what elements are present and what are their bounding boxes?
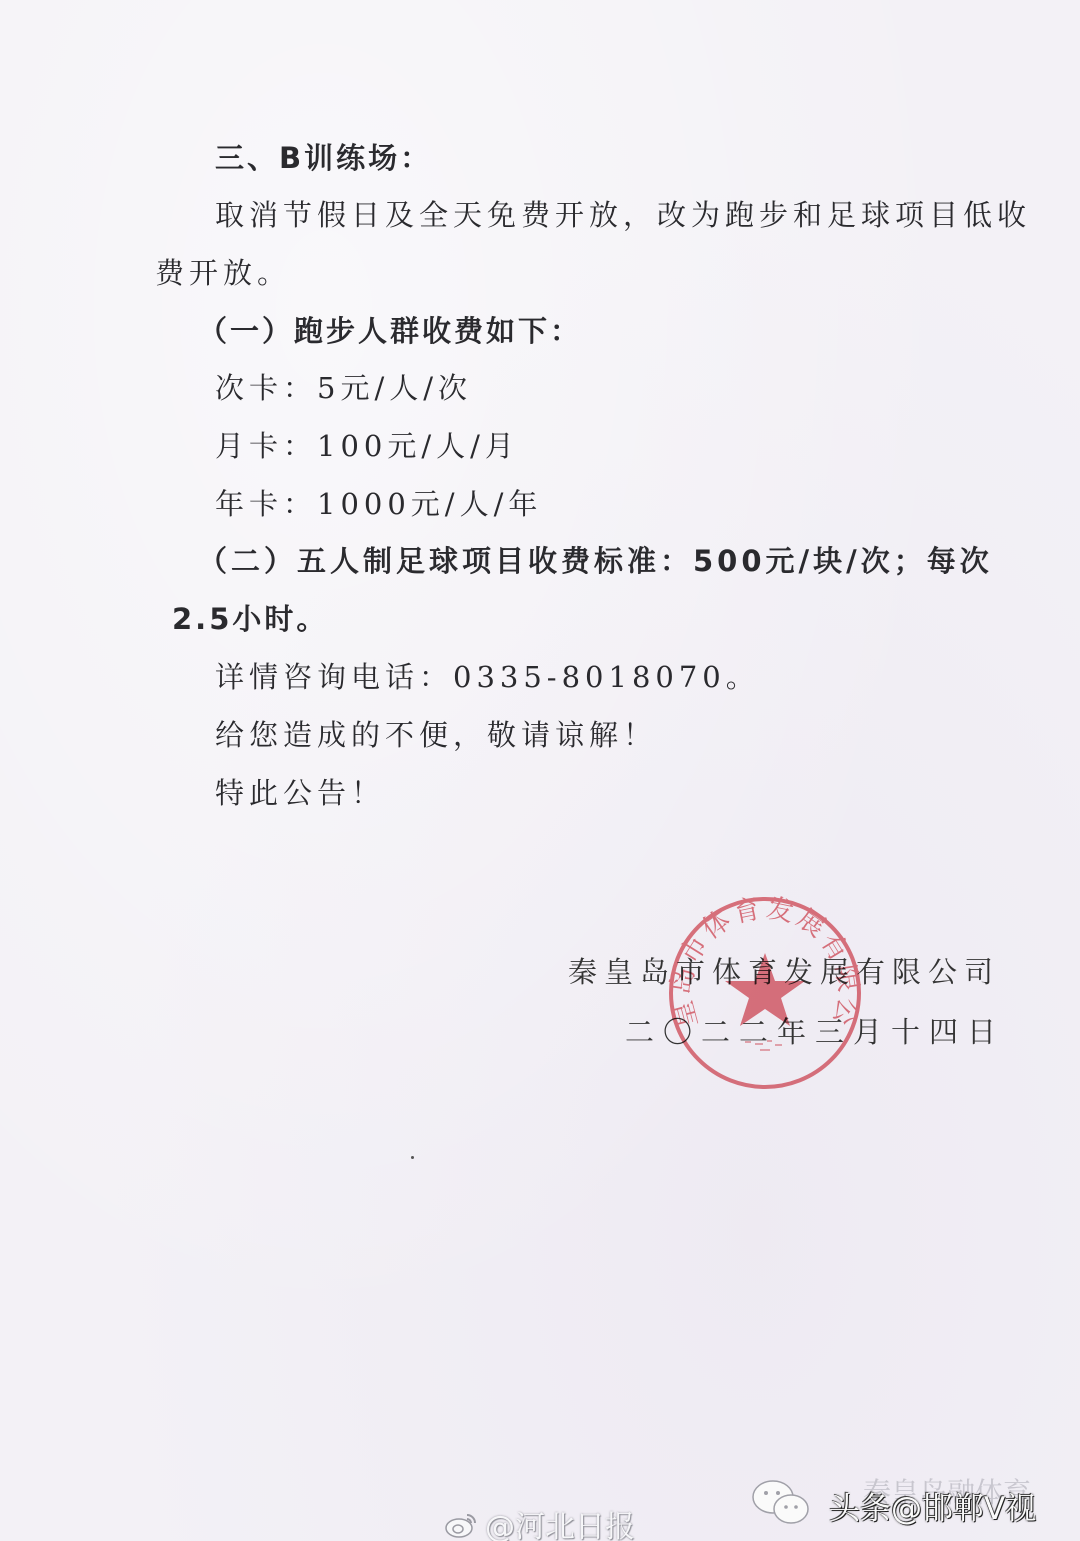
weibo-icon [443, 1509, 479, 1539]
document-page: 三、B训练场： 取消节假日及全天免费开放，改为跑步和足球项目低收 费开放。 （一… [0, 0, 1080, 1541]
football-fees-line-1: （二）五人制足球项目收费标准：500元/块/次；每次 [198, 543, 993, 579]
company-seal-icon: 秦皇岛市体育发展有限公司 [665, 893, 865, 1093]
football-fees-line-2: 2.5小时。 [172, 601, 328, 637]
toutiao-watermark: 秦皇岛融体育 头条@邯郸V视 [745, 1475, 1036, 1535]
fee-item-monthly: 月卡：100元/人/月 [215, 428, 519, 464]
apology-line: 给您造成的不便，敬请谅解！ [215, 717, 657, 753]
weibo-watermark-text: @河北日报 [485, 1502, 635, 1541]
running-fees-heading: （一）跑步人群收费如下： [198, 313, 582, 349]
wechat-icon [745, 1475, 825, 1535]
contact-phone: 详情咨询电话：0335-8018070。 [215, 659, 760, 695]
fee-item-annual: 年卡：1000元/人/年 [215, 486, 542, 522]
intro-line-2: 费开放。 [155, 255, 291, 291]
toutiao-watermark-text: 头条@邯郸V视 [829, 1483, 1036, 1528]
fee-item-single: 次卡：5元/人/次 [215, 370, 472, 406]
weibo-watermark: @河北日报 [443, 1502, 635, 1541]
scan-speck [411, 1156, 414, 1159]
section-heading: 三、B训练场： [215, 140, 432, 176]
closing-line: 特此公告！ [215, 775, 385, 811]
intro-line-1: 取消节假日及全天免费开放，改为跑步和足球项目低收 [215, 197, 1031, 233]
